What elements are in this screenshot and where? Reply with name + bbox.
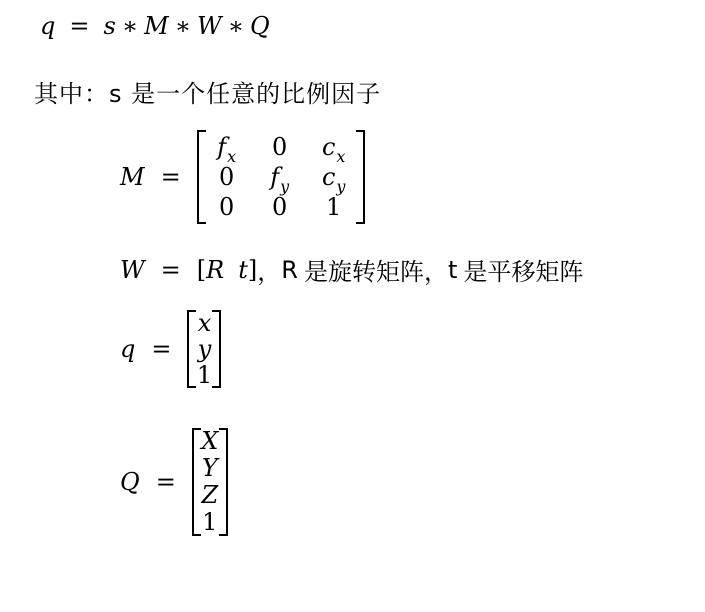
- multiply-operator: ∗: [175, 12, 191, 40]
- multiply-operator: ∗: [122, 12, 138, 40]
- W-t: t: [238, 256, 248, 284]
- W-desc-R-var: R: [281, 256, 298, 284]
- matrix-cell-2-2: 1: [309, 192, 359, 222]
- vector-q-entry: x: [193, 310, 215, 336]
- main-equation: q=s∗M∗W∗Q: [40, 12, 270, 40]
- description-variable: s: [109, 80, 123, 108]
- equals-sign: =: [151, 335, 171, 363]
- W-desc-t-var: t: [448, 256, 457, 284]
- vector-Q-entry: 1: [198, 509, 222, 536]
- vector-Q-entry: Z: [198, 482, 222, 509]
- term-W: W: [197, 12, 222, 40]
- right-bracket: ]: [248, 256, 257, 284]
- matrix-M: fx 0 cx 0 fy cy 0 0 1: [197, 130, 365, 224]
- vector-Q-equation: Q = X Y Z 1: [120, 428, 228, 536]
- vector-q-entry: y: [193, 336, 215, 362]
- equals-sign: =: [161, 163, 181, 191]
- vector-q-equation: q = x y 1: [120, 310, 221, 388]
- vector-Q-entry: Y: [198, 455, 222, 482]
- matrix-cell-0-1: 0: [251, 132, 309, 162]
- term-M: M: [144, 12, 169, 40]
- term-Q: Q: [250, 12, 270, 40]
- matrix-cell-0-0: fx: [203, 132, 251, 162]
- matrix-cell-1-0: 0: [203, 162, 251, 192]
- vector-q-name: q: [120, 335, 135, 363]
- matrix-M-name: M: [120, 163, 145, 191]
- matrix-M-equation: M = fx 0 cx 0 fy cy 0 0 1: [120, 130, 365, 224]
- left-bracket: [: [197, 256, 206, 284]
- vector-Q-entry: X: [198, 428, 222, 455]
- description-text: 是一个任意的比例因子: [131, 80, 381, 108]
- equation-lhs: q: [40, 12, 55, 40]
- W-R: R: [206, 256, 224, 284]
- equals-sign: =: [156, 468, 176, 496]
- equals-sign: =: [69, 12, 89, 40]
- W-desc-t-text: 是平移矩阵: [463, 252, 583, 287]
- W-desc-R-text: 是旋转矩阵，: [304, 252, 448, 287]
- vector-q-entry: 1: [193, 362, 215, 388]
- W-separator: ，: [257, 252, 281, 287]
- matrix-cell-2-1: 0: [251, 192, 309, 222]
- matrix-cell-0-2: cx: [309, 132, 359, 162]
- matrix-W-line: W = [Rt] ， R是旋转矩阵， t是平移矩阵: [120, 252, 583, 287]
- matrix-cell-1-2: cy: [309, 162, 359, 192]
- term-s: s: [103, 12, 115, 40]
- vector-q: x y 1: [187, 310, 221, 388]
- description-line: 其中：s 是一个任意的比例因子: [34, 74, 381, 109]
- vector-Q: X Y Z 1: [192, 428, 228, 536]
- matrix-cell-2-0: 0: [203, 192, 251, 222]
- multiply-operator: ∗: [228, 12, 244, 40]
- description-prefix: 其中：: [34, 80, 109, 108]
- vector-Q-name: Q: [120, 468, 140, 496]
- matrix-W-name: W: [120, 256, 145, 284]
- matrix-cell-1-1: fy: [251, 162, 309, 192]
- equals-sign: =: [161, 256, 181, 284]
